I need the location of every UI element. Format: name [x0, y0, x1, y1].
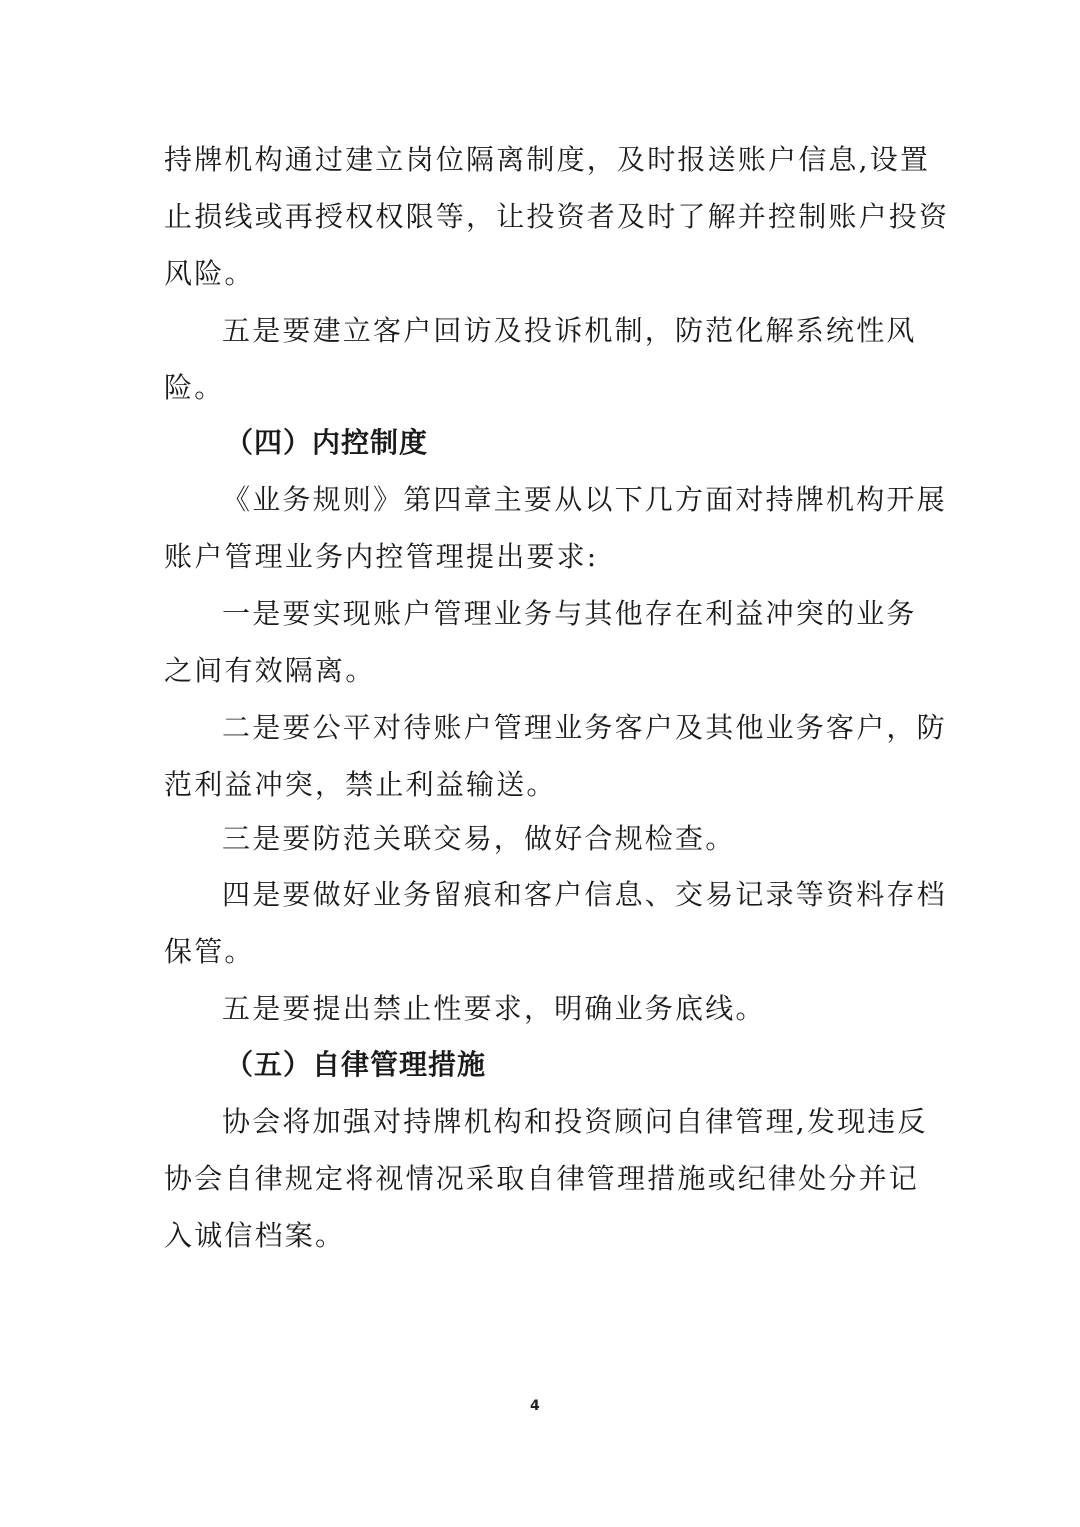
paragraph-line: 五是要建立客户回访及投诉机制，防范化解系统性风	[222, 313, 916, 349]
paragraph-line: 止损线或再授权权限等，让投资者及时了解并控制账户投资	[164, 199, 916, 235]
paragraph-line: 二是要公平对待账户管理业务客户及其他业务客户，防	[222, 710, 916, 746]
paragraph-line: 三是要防范关联交易，做好合规检查。	[222, 821, 916, 857]
page-number: 4	[530, 1398, 540, 1414]
paragraph-line: 保管。	[164, 934, 916, 970]
paragraph-line: 《业务规则》第四章主要从以下几方面对持牌机构开展	[222, 482, 916, 518]
paragraph-line: 风险。	[164, 256, 916, 292]
paragraph-line: 入诚信档案。	[164, 1218, 916, 1254]
paragraph-line: 范利益冲突，禁止利益输送。	[164, 767, 916, 803]
document-page: 持牌机构通过建立岗位隔离制度，及时报送账户信息,设置止损线或再授权权限等，让投资…	[0, 0, 1080, 1527]
section-heading: （四）内控制度	[225, 425, 977, 461]
paragraph-line: 险。	[164, 370, 916, 406]
paragraph-line: 五是要提出禁止性要求，明确业务底线。	[222, 991, 916, 1027]
paragraph-line: 协会将加强对持牌机构和投资顾问自律管理,发现违反	[222, 1104, 916, 1140]
section-heading: （五）自律管理措施	[225, 1047, 977, 1083]
paragraph-line: 之间有效隔离。	[164, 653, 916, 689]
paragraph-line: 账户管理业务内控管理提出要求:	[164, 539, 916, 575]
paragraph-line: 一是要实现账户管理业务与其他存在利益冲突的业务	[222, 596, 916, 632]
paragraph-line: 持牌机构通过建立岗位隔离制度，及时报送账户信息,设置	[164, 142, 916, 178]
paragraph-line: 协会自律规定将视情况采取自律管理措施或纪律处分并记	[164, 1161, 916, 1197]
paragraph-line: 四是要做好业务留痕和客户信息、交易记录等资料存档	[222, 877, 916, 913]
